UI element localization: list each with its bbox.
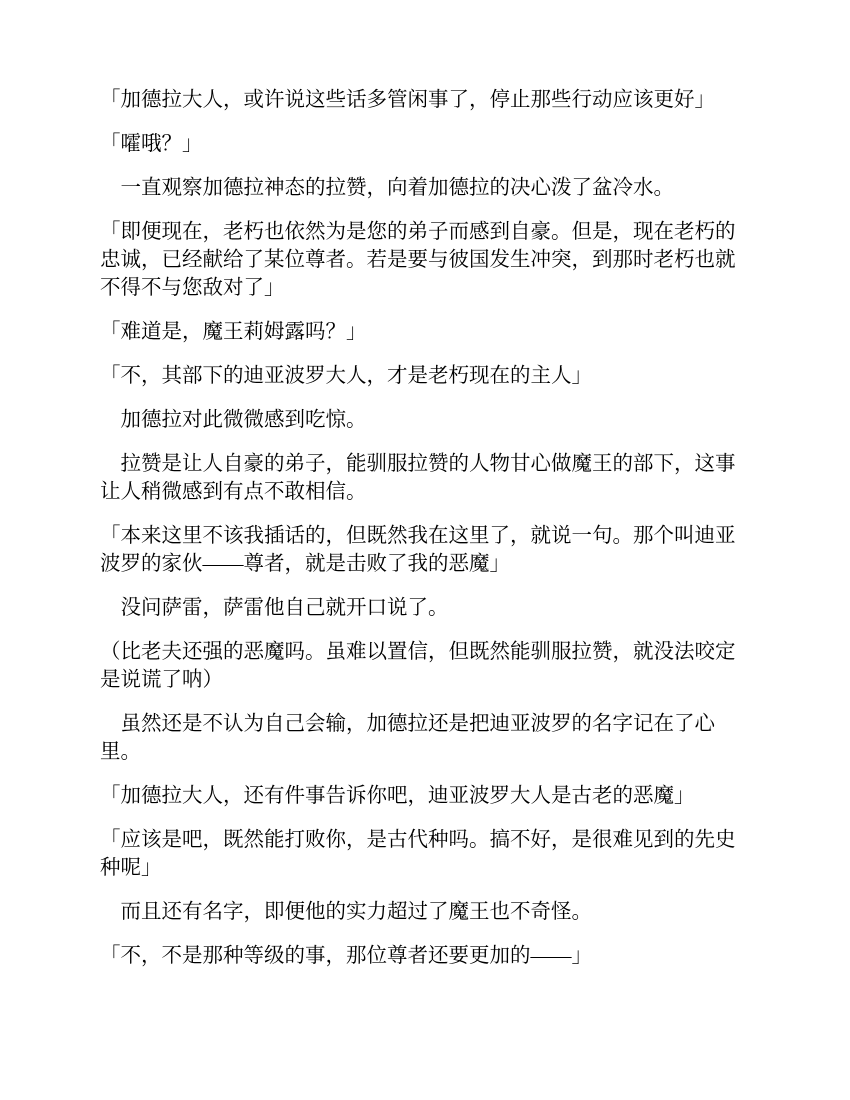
paragraph-narration: 虽然还是不认为自己会输，加德拉还是把迪亚波罗的名字记在了心里。 [100, 710, 750, 766]
paragraph-dialogue: 「加德拉大人，还有件事告诉你吧，迪亚波罗大人是古老的恶魔」 [100, 782, 750, 810]
paragraph-dialogue: 「应该是吧，既然能打败你，是古代种吗。搞不好，是很难见到的先史种呢」 [100, 826, 750, 882]
paragraph-narration: 而且还有名字，即便他的实力超过了魔王也不奇怪。 [100, 898, 750, 926]
paragraph-narration: 加德拉对此微微感到吃惊。 [100, 406, 750, 434]
novel-text-block: 「加德拉大人，或许说这些话多管闲事了，停止那些行动应该更好」 「嚯哦？」 一直观… [100, 86, 750, 970]
paragraph-dialogue: 「嚯哦？」 [100, 130, 750, 158]
paragraph-narration: 拉赞是让人自豪的弟子，能驯服拉赞的人物甘心做魔王的部下，这事让人稍微感到有点不敢… [100, 450, 750, 506]
paragraph-dialogue: 「即便现在，老朽也依然为是您的弟子而感到自豪。但是，现在老朽的忠诚，已经献给了某… [100, 218, 750, 302]
paragraph-dialogue: 「加德拉大人，或许说这些话多管闲事了，停止那些行动应该更好」 [100, 86, 750, 114]
paragraph-dialogue: 「本来这里不该我插话的，但既然我在这里了，就说一句。那个叫迪亚波罗的家伙——尊者… [100, 522, 750, 578]
paragraph-thought: （比老夫还强的恶魔吗。虽难以置信，但既然能驯服拉赞，就没法咬定是说谎了呐） [100, 638, 750, 694]
paragraph-dialogue: 「难道是，魔王莉姆露吗？」 [100, 318, 750, 346]
paragraph-narration: 没问萨雷，萨雷他自己就开口说了。 [100, 594, 750, 622]
paragraph-dialogue: 「不，不是那种等级的事，那位尊者还要更加的——」 [100, 942, 750, 970]
novel-page: 「加德拉大人，或许说这些话多管闲事了，停止那些行动应该更好」 「嚯哦？」 一直观… [0, 0, 850, 1100]
paragraph-dialogue: 「不，其部下的迪亚波罗大人，才是老朽现在的主人」 [100, 362, 750, 390]
paragraph-narration: 一直观察加德拉神态的拉赞，向着加德拉的决心泼了盆冷水。 [100, 174, 750, 202]
